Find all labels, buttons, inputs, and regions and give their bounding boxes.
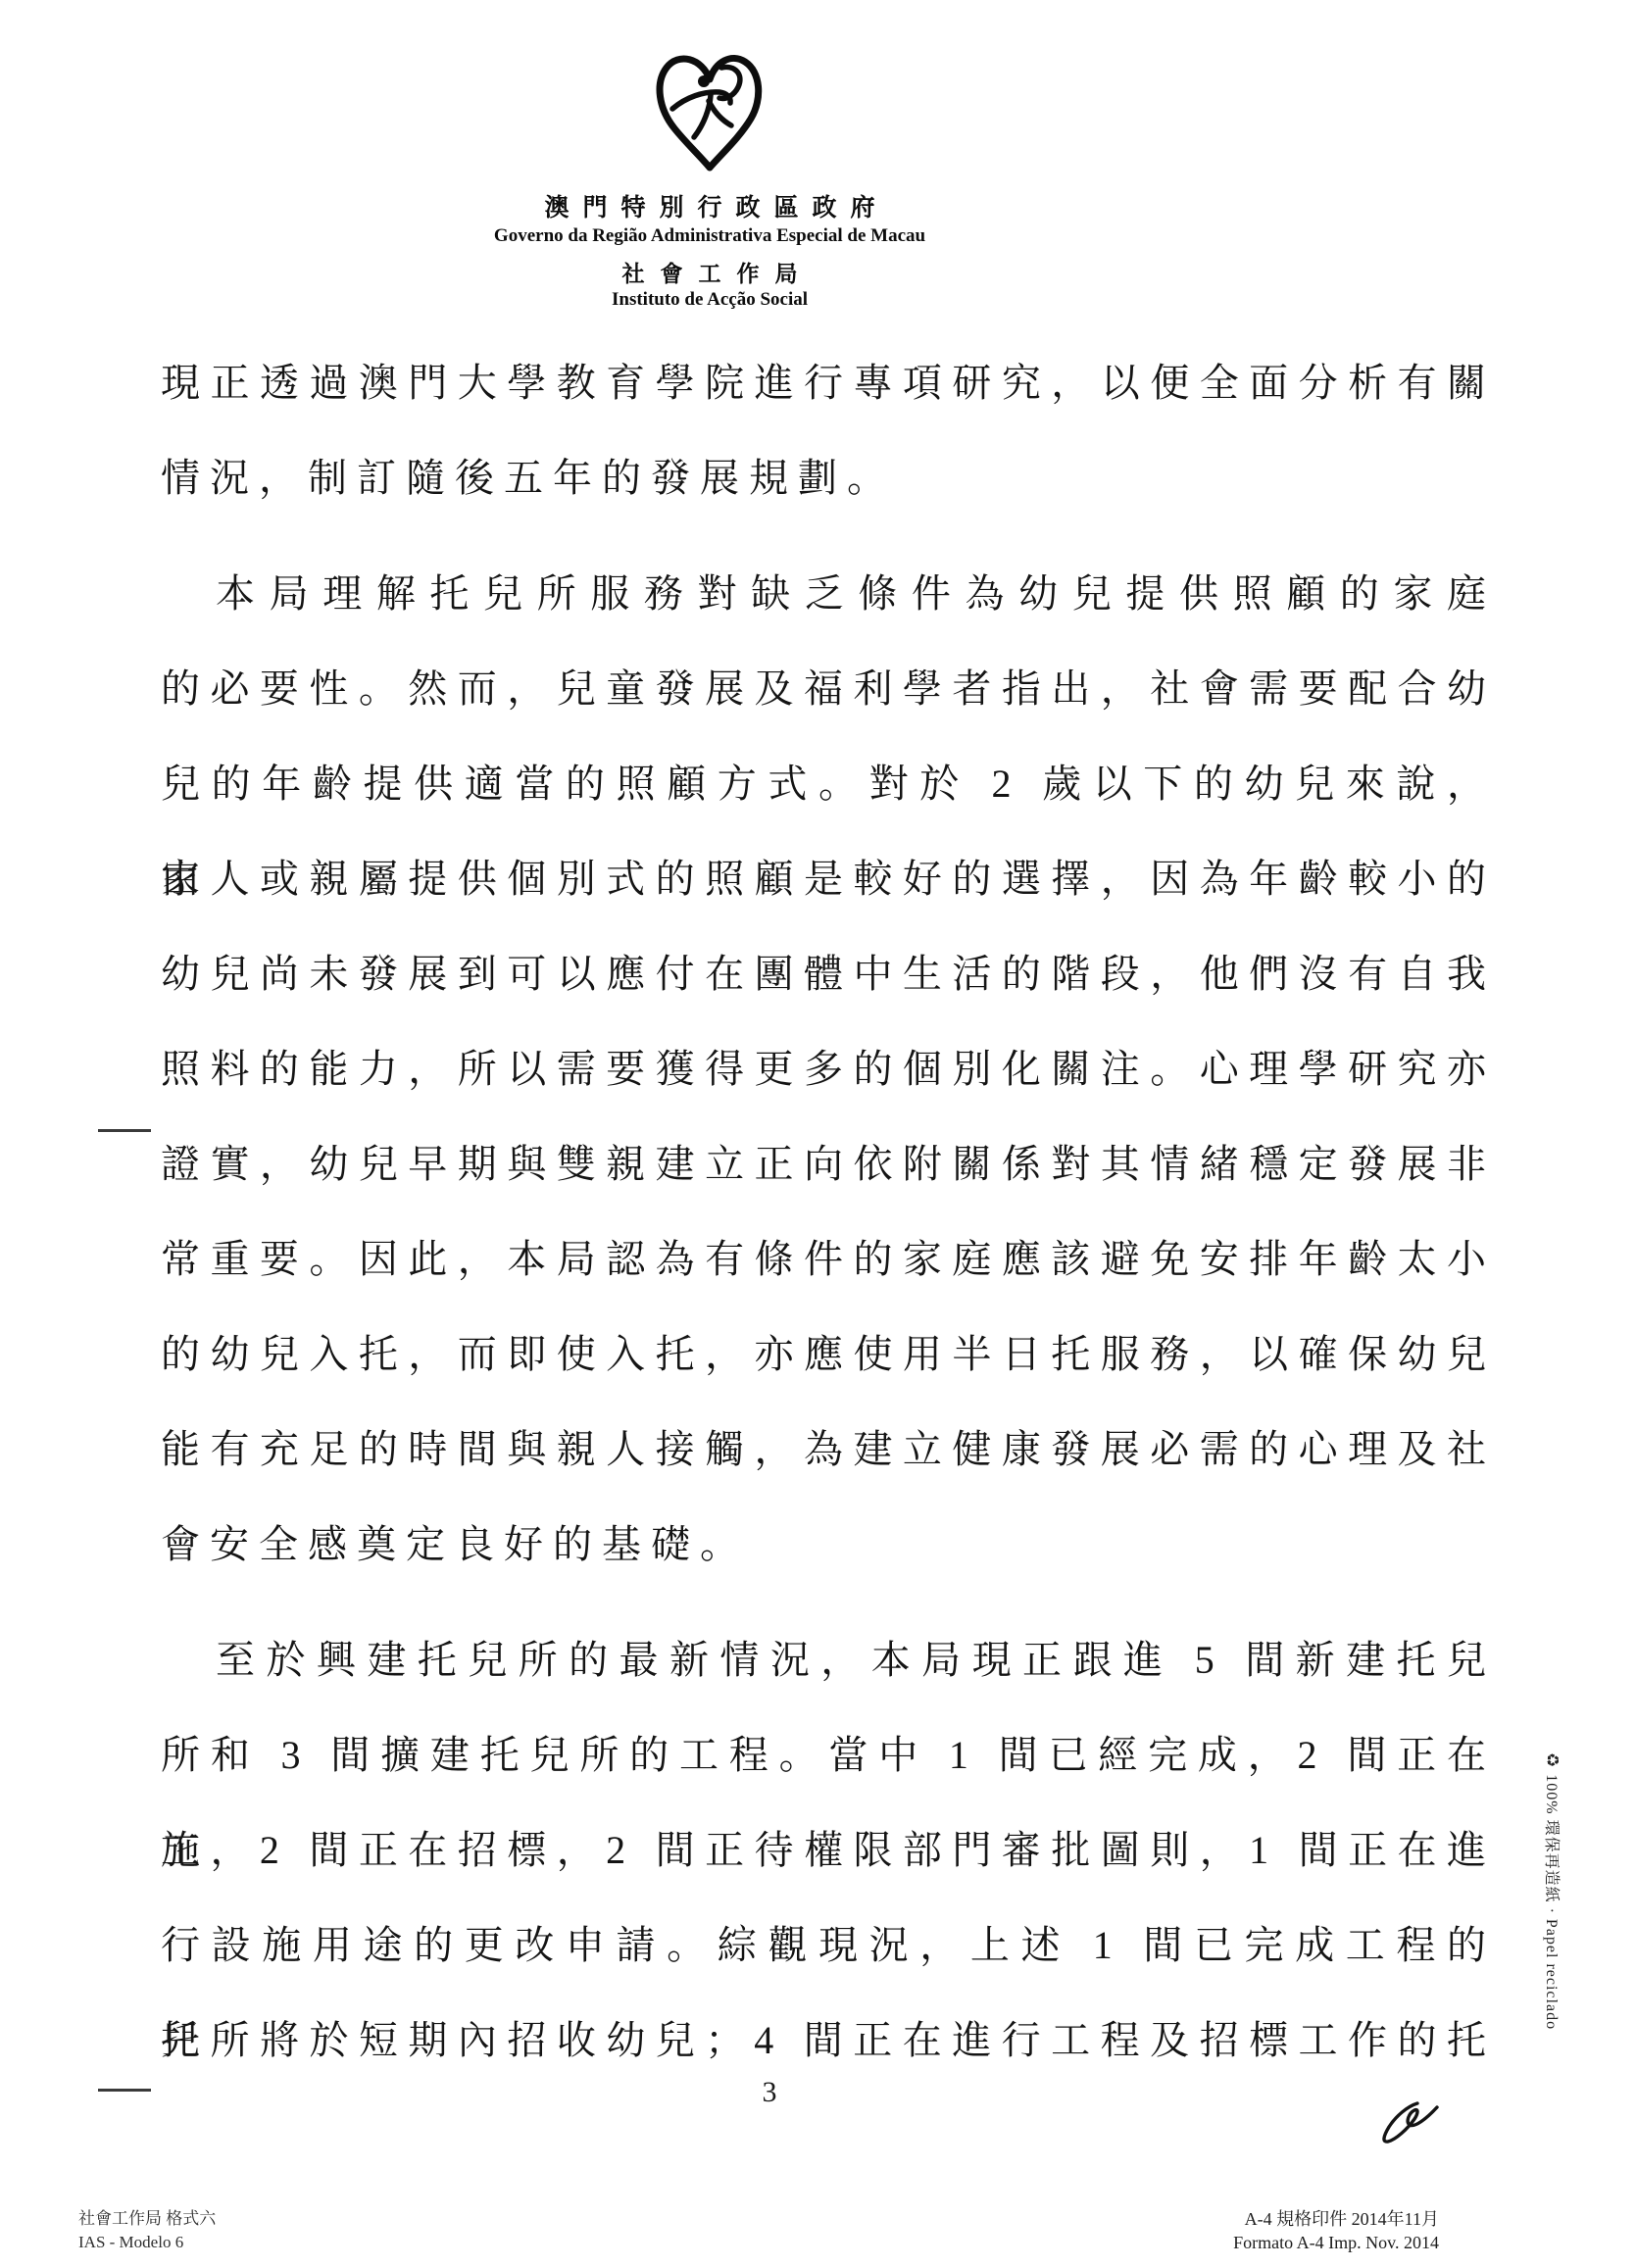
letterhead: 澳門特別行政區政府 Governo da Região Administrati… <box>24 45 1396 311</box>
body-line: 行設施用途的更改申請。綜觀現況，上述 1 間已完成工程的托 <box>161 1898 1496 1993</box>
body-line: 情況，制訂隨後五年的發展規劃。 <box>161 430 1496 525</box>
body-line: 所和 3 間擴建托兒所的工程。當中 1 間已經完成，2 間正在施 <box>161 1707 1496 1802</box>
footer-print-info: A-4 規格印件 2014年11月 Formato A-4 Imp. Nov. … <box>1233 2207 1439 2254</box>
footer-print-info-zh: A-4 規格印件 2014年11月 <box>1233 2207 1439 2231</box>
recycled-paper-label: ♻100% 環保再造紙 · Papel reciclado <box>1542 1752 1564 2030</box>
body-line: 的必要性。然而，兒童發展及福利學者指出，社會需要配合幼 <box>161 641 1496 736</box>
paragraph: 本局理解托兒所服務對缺乏條件為幼兒提供照顧的家庭的必要性。然而，兒童發展及福利學… <box>161 546 1496 1592</box>
body-line: 的幼兒入托，而即使入托，亦應使用半日托服務，以確保幼兒 <box>161 1307 1496 1402</box>
body-line: 會安全感奠定良好的基礎。 <box>161 1497 1496 1592</box>
footer-form-id-pt: IAS - Modelo 6 <box>78 2231 216 2254</box>
paragraph: 至於興建托兒所的最新情況，本局現正跟進 5 間新建托兒所和 3 間擴建托兒所的工… <box>161 1612 1496 2088</box>
handwritten-initial <box>1378 2097 1441 2145</box>
body-line: 兒所將於短期內招收幼兒；4 間正在進行工程及招標工作的托 <box>161 1993 1496 2088</box>
government-name-zh: 澳門特別行政區政府 <box>24 188 1396 223</box>
footer-form-id: 社會工作局 格式六 IAS - Modelo 6 <box>78 2207 216 2254</box>
body-line: 兒的年齡提供適當的照顧方式。對於 2 歲以下的幼兒來說，由 <box>161 736 1496 831</box>
recycle-icon: ♻ <box>1543 1752 1562 1768</box>
signature-scribble-icon <box>1378 2097 1441 2145</box>
scanned-document-page: 澳門特別行政區政府 Governo da Região Administrati… <box>0 0 1636 2268</box>
body-line: 照料的能力，所以需要獲得更多的個別化關注。心理學研究亦 <box>161 1021 1496 1116</box>
footer-form-id-zh: 社會工作局 格式六 <box>78 2207 216 2231</box>
fold-mark <box>98 2089 151 2092</box>
footer-print-info-pt: Formato A-4 Imp. Nov. 2014 <box>1233 2231 1439 2254</box>
government-name-pt: Governo da Região Administrativa Especia… <box>24 225 1396 247</box>
page-number: 3 <box>740 2076 799 2109</box>
body-line: 能有充足的時間與親人接觸，為建立健康發展必需的心理及社 <box>161 1402 1496 1497</box>
body-line: 證實，幼兒早期與雙親建立正向依附關係對其情緒穩定發展非 <box>161 1116 1496 1211</box>
body-line: 家人或親屬提供個別式的照顧是較好的選擇，因為年齡較小的 <box>161 831 1496 926</box>
ias-heart-logo <box>653 45 767 178</box>
body-line: 本局理解托兒所服務對缺乏條件為幼兒提供照顧的家庭 <box>161 546 1496 641</box>
body-line: 常重要。因此，本局認為有條件的家庭應該避免安排年齡太小 <box>161 1211 1496 1307</box>
fold-mark <box>98 1129 151 1132</box>
paragraph: 現正透過澳門大學教育學院進行專項研究，以便全面分析有關情況，制訂隨後五年的發展規… <box>161 335 1496 525</box>
body-line: 幼兒尚未發展到可以應付在團體中生活的階段，他們沒有自我 <box>161 926 1496 1021</box>
document-body: 現正透過澳門大學教育學院進行專項研究，以便全面分析有關情況，制訂隨後五年的發展規… <box>161 335 1496 2088</box>
heart-logo-icon <box>653 45 767 178</box>
body-line: 至於興建托兒所的最新情況，本局現正跟進 5 間新建托兒 <box>161 1612 1496 1707</box>
bureau-name-pt: Instituto de Acção Social <box>24 289 1396 311</box>
body-line: 工，2 間正在招標，2 間正待權限部門審批圖則，1 間正在進 <box>161 1802 1496 1898</box>
body-line: 現正透過澳門大學教育學院進行專項研究，以便全面分析有關 <box>161 335 1496 430</box>
recycled-paper-text: 100% 環保再造紙 · Papel reciclado <box>1543 1774 1560 2030</box>
bureau-name-zh: 社會工作局 <box>24 256 1396 288</box>
